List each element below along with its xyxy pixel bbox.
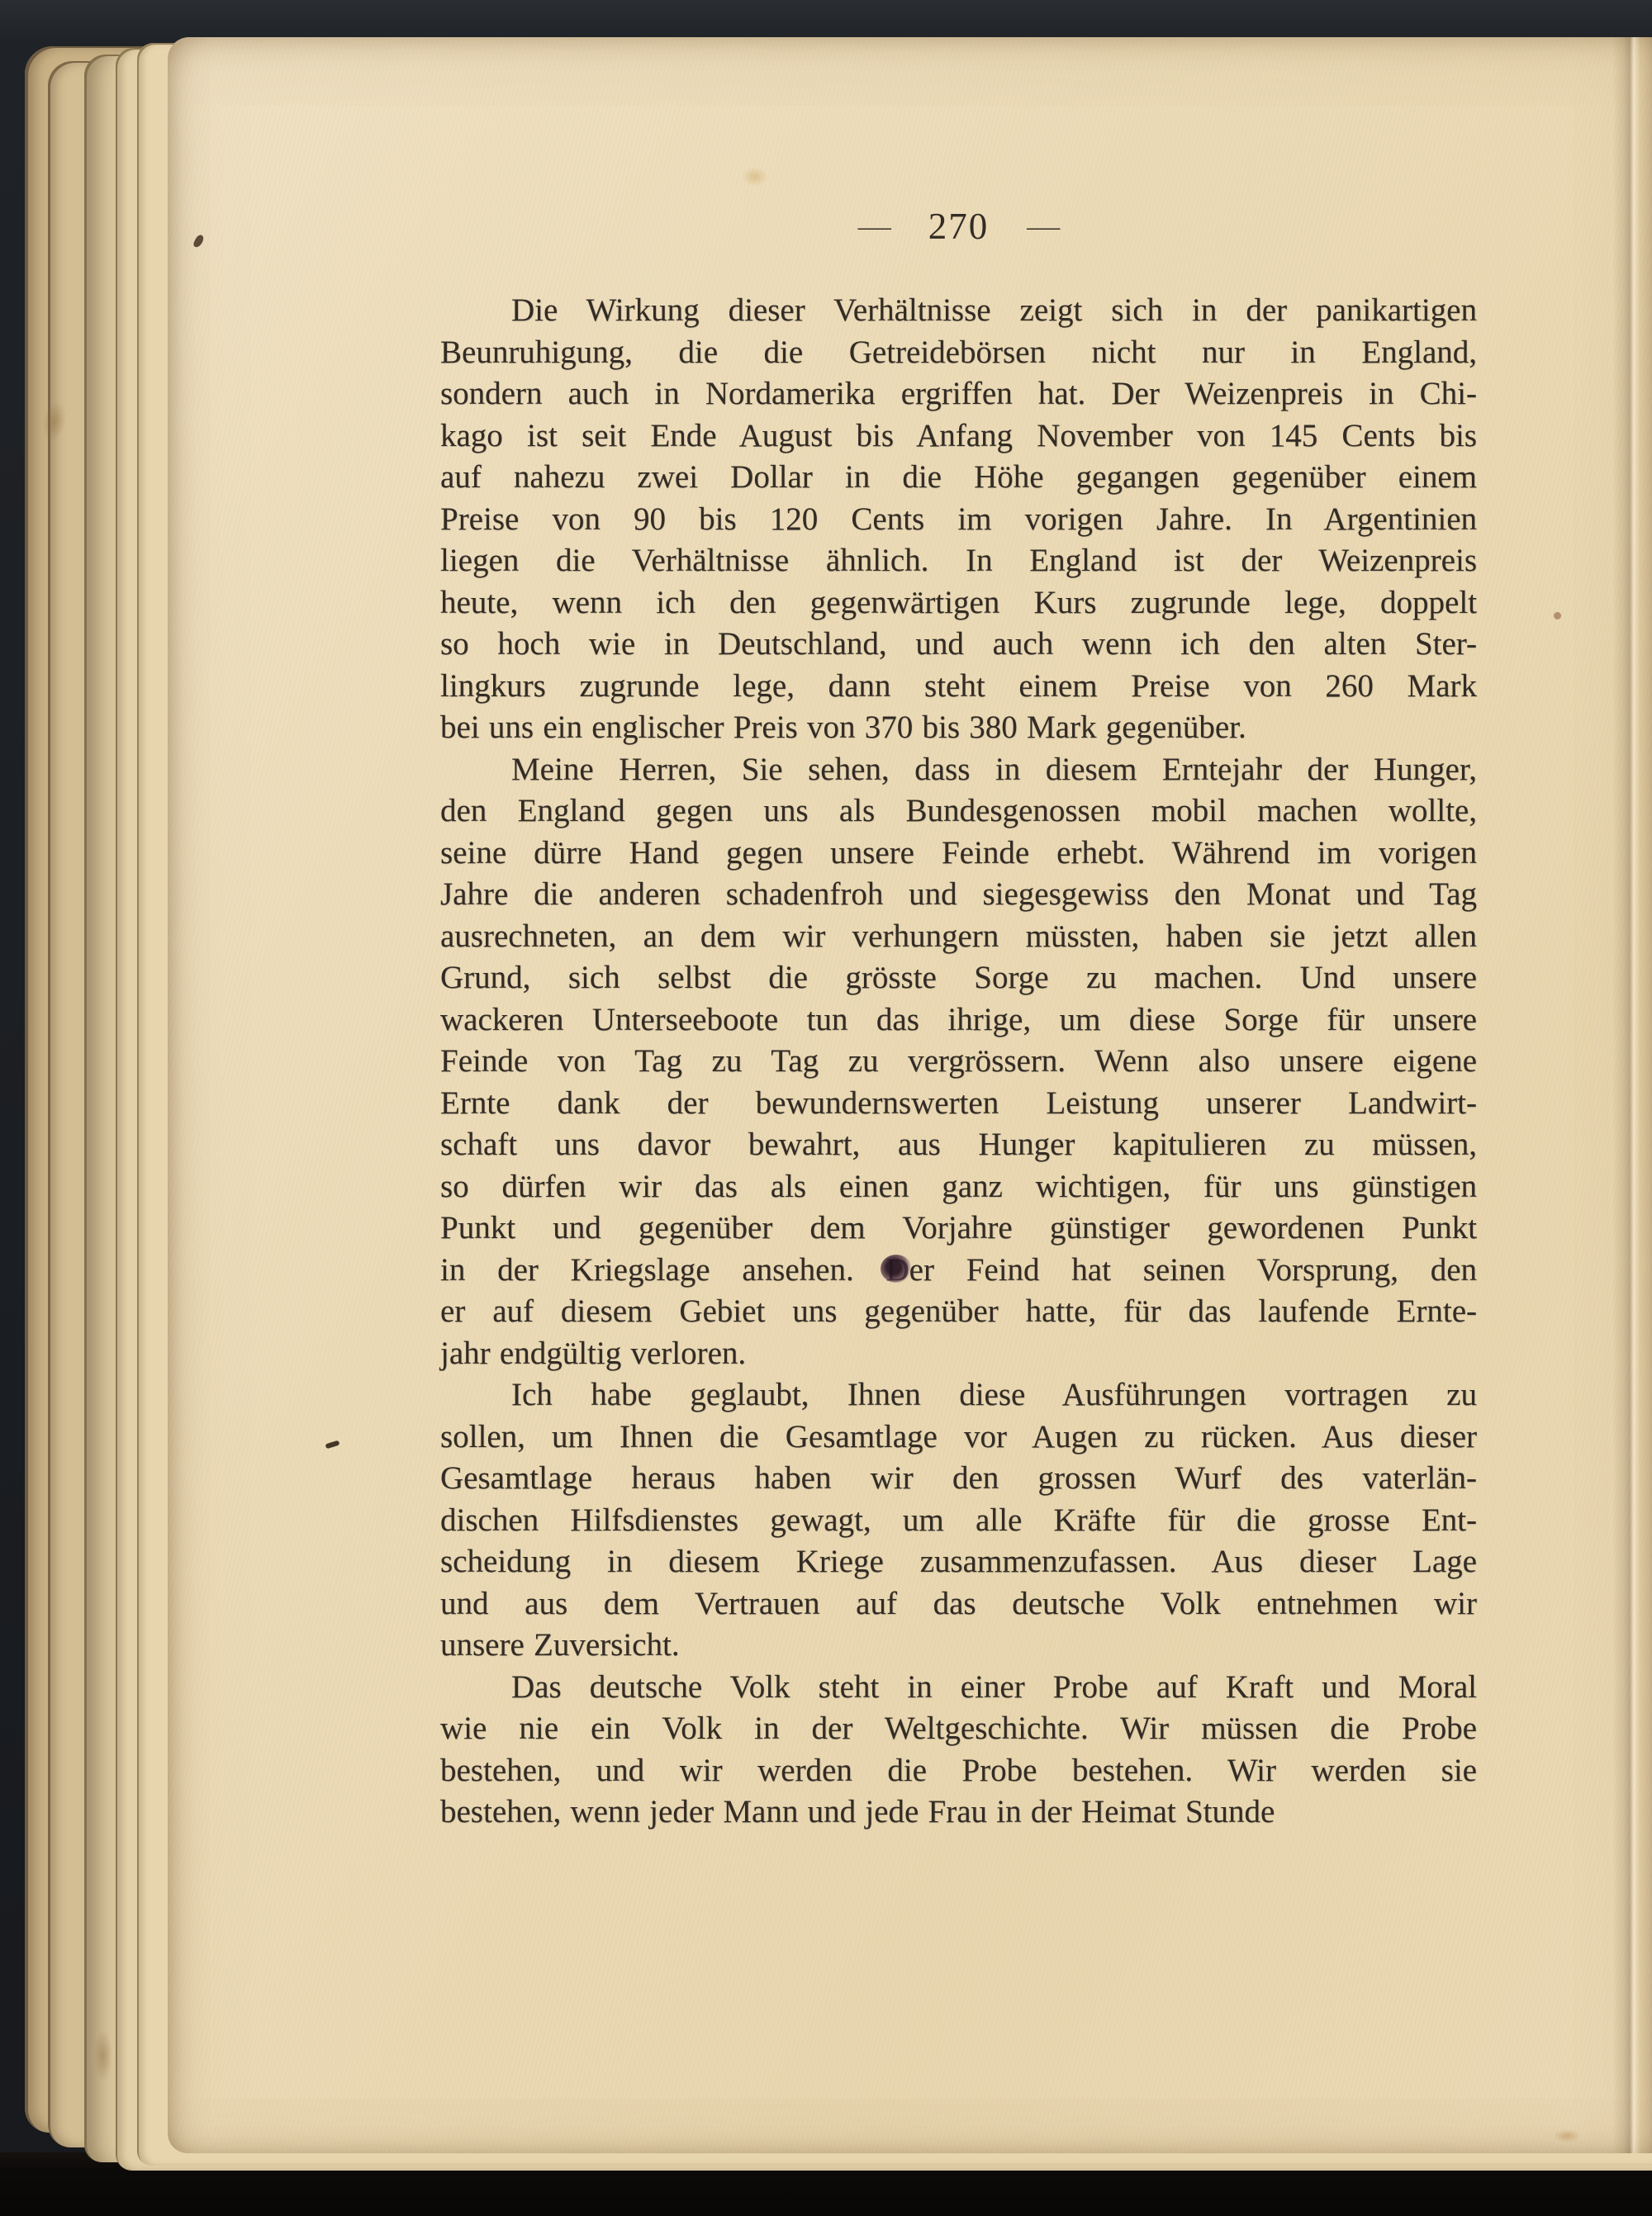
text-line: liegen die Verhältnisse ähnlich. In Engl… <box>440 540 1477 582</box>
header-dash-left: — <box>858 214 890 239</box>
text-line: Punkt und gegenüber dem Vorjahre günstig… <box>440 1208 1477 1250</box>
paper-stain <box>742 167 768 187</box>
edge-stain <box>94 2030 112 2081</box>
book-photo-background: — 270 — Die Wirkung dieser Verhältnisse … <box>0 0 1652 2216</box>
text-line: Beunruhigung, die die Getreidebörsen nic… <box>440 332 1477 374</box>
page-right-fold <box>1612 37 1652 2153</box>
ink-blot <box>881 1255 912 1283</box>
header-dash-right: — <box>1027 214 1059 239</box>
text-line: sollen, um Ihnen die Gesamtlage vor Auge… <box>440 1416 1477 1459</box>
text-line: dischen Hilfsdienstes gewagt, um alle Kr… <box>440 1500 1477 1542</box>
text-line: in der Kriegslage ansehen. Der Feind hat… <box>440 1250 1477 1292</box>
text-line: unsere Zuversicht. <box>440 1625 1477 1667</box>
text-line: wie nie ein Volk in der Weltgeschichte. … <box>440 1708 1477 1750</box>
text-line: Preise von 90 bis 120 Cents im vorigen J… <box>440 499 1477 541</box>
text-line: er auf diesem Gebiet uns gegenüber hatte… <box>440 1291 1477 1333</box>
text-line: heute, wenn ich den gegenwärtigen Kurs z… <box>440 582 1477 624</box>
text-line: und aus dem Vertrauen auf das deutsche V… <box>440 1583 1477 1625</box>
text-line: seine dürre Hand gegen unsere Feinde erh… <box>440 833 1477 875</box>
text-line: wackeren Unterseeboote tun das ihrige, u… <box>440 999 1477 1042</box>
text-line: scheidung in diesem Kriege zusammenzufas… <box>440 1541 1477 1583</box>
text-line: so dürfen wir das als einen ganz wichtig… <box>440 1166 1477 1208</box>
text-line: Meine Herren, Sie sehen, dass in diesem … <box>440 749 1477 791</box>
page-body-text: Die Wirkung dieser Verhältnisse zeigt si… <box>440 290 1477 1834</box>
text-line: auf nahezu zwei Dollar in die Höhe gegan… <box>440 457 1477 499</box>
paper-speck <box>1554 612 1561 619</box>
text-line: Feinde von Tag zu Tag zu vergrössern. We… <box>440 1041 1477 1083</box>
text-line: bei uns ein englischer Preis von 370 bis… <box>440 707 1477 749</box>
text-line: Grund, sich selbst die grösste Sorge zu … <box>440 957 1477 999</box>
text-line: sondern auch in Nordamerika ergriffen ha… <box>440 373 1477 415</box>
text-line: bestehen, wenn jeder Mann und jede Frau … <box>440 1791 1477 1834</box>
text-line: jahr endgültig verloren. <box>440 1333 1477 1375</box>
page-number: 270 <box>928 208 990 245</box>
text-line: so hoch wie in Deutschland, und auch wen… <box>440 624 1477 666</box>
book-page: — 270 — Die Wirkung dieser Verhältnisse … <box>168 37 1652 2153</box>
text-line: Jahre die anderen schadenfroh und sieges… <box>440 874 1477 916</box>
text-line: ausrechneten, an dem wir verhungern müss… <box>440 916 1477 958</box>
text-line: kago ist seit Ende August bis Anfang Nov… <box>440 415 1477 458</box>
edge-stain <box>1553 2129 1581 2142</box>
text-line: schaft uns davor bewahrt, aus Hunger kap… <box>440 1124 1477 1166</box>
page-header: — 270 — <box>440 204 1477 249</box>
text-line: den England gegen uns als Bundesgenossen… <box>440 790 1477 833</box>
text-line: Gesamtlage heraus haben wir den grossen … <box>440 1458 1477 1500</box>
text-line: bestehen, und wir werden die Probe beste… <box>440 1750 1477 1792</box>
text-line: Das deutsche Volk steht in einer Probe a… <box>440 1667 1477 1709</box>
text-line: Die Wirkung dieser Verhältnisse zeigt si… <box>440 290 1477 332</box>
text-line: Ich habe geglaubt, Ihnen diese Ausführun… <box>440 1374 1477 1416</box>
text-line: Ernte dank der bewundernswerten Leistung… <box>440 1083 1477 1125</box>
text-line: lingkurs zugrunde lege, dann steht einem… <box>440 666 1477 708</box>
